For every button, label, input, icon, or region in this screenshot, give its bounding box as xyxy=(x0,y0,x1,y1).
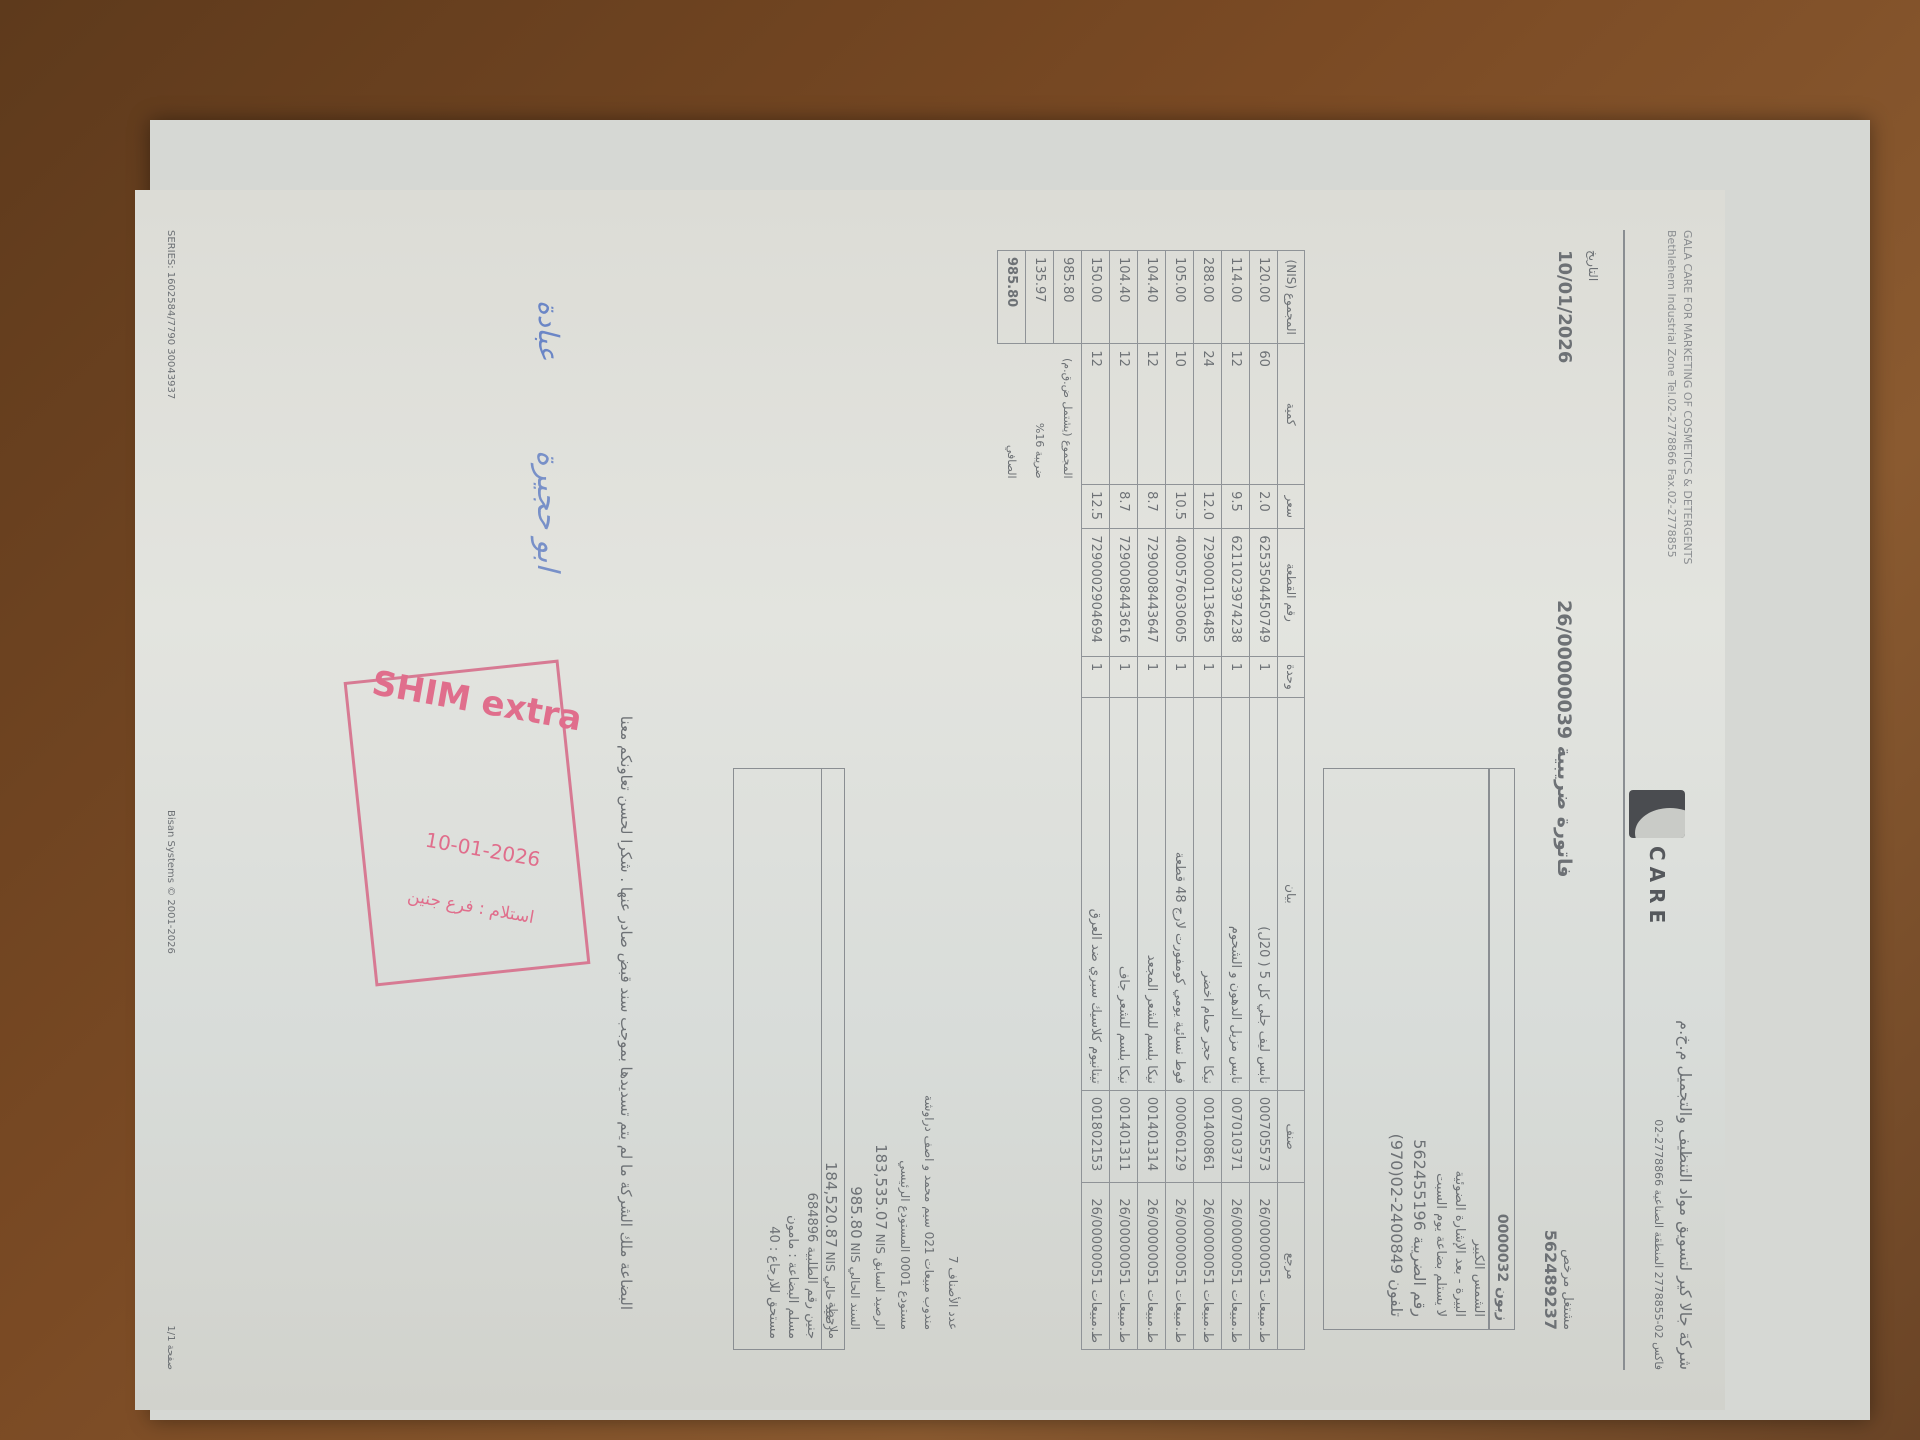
cell-code: 001401311 xyxy=(1110,1090,1138,1182)
customer-phone: تلفون (970)02-2400849 xyxy=(1385,769,1408,1329)
cell-desc: تيتانيوم كلاسيك سبري ضد العرق xyxy=(1082,697,1110,1090)
total-label: المجموع (يشتمل ض.ق.م) xyxy=(1054,344,1082,485)
cell-qty: 12 xyxy=(1138,344,1166,485)
cell-qty: 12 xyxy=(1222,344,1250,485)
col-total: المجموع (NIS) xyxy=(1278,251,1305,344)
cell-unit: 1 xyxy=(1194,656,1222,697)
stamp-brand: SHIM extra xyxy=(369,663,585,739)
items-count: عدد الأصناف 7 xyxy=(941,1095,965,1330)
customer-header: زبون 0000032 xyxy=(1488,769,1514,1329)
customer-code: 0000032 xyxy=(1494,1214,1510,1282)
table-row: ط.مبيعات 26/00000051001401311نيكا بلسم ل… xyxy=(1110,251,1138,1350)
col-price: سعر xyxy=(1278,485,1305,529)
balance-label: الرصيد السابق xyxy=(873,1258,887,1330)
invoice-number: 26/00000039 xyxy=(1553,600,1575,739)
cell-desc: نيكا بلسم للشعر جاف xyxy=(1110,697,1138,1090)
table-row: ط.مبيعات 26/00000051001802153تيتانيوم كل… xyxy=(1082,251,1110,1350)
table-row: ط.مبيعات 26/00000051001401314نيكا بلسم ل… xyxy=(1138,251,1166,1350)
received-stamp: SHIM extra 10-01-2026 استلام : فرع جنين xyxy=(344,660,591,987)
items-table: مرجع صنف بيان وحدة رقم القطعة سعر كمية ا… xyxy=(997,250,1305,1350)
cell-total: 105.00 xyxy=(1166,251,1194,344)
items-table-header: مرجع صنف بيان وحدة رقم القطعة سعر كمية ا… xyxy=(1278,251,1305,1350)
company-contact-ar: 02-2778866 فاكس 02-2778855 المنطقة الصنا… xyxy=(1652,1119,1665,1370)
invoice-header: شركة جالا كير لتسويق مواد التنظيف والتجم… xyxy=(1555,230,1705,1370)
total-spacer xyxy=(1026,485,1054,1350)
ownership-disclaimer: البضاعة ملك الشركة ما لم يتم تسديدها بمو… xyxy=(617,716,635,1310)
company-address-en: Bethlehem Industrial Zone Tel.02-2778866… xyxy=(1663,230,1679,565)
invoice-title: فاتورة ضريبية 26/00000039 xyxy=(1553,600,1575,878)
cell-code: 001401314 xyxy=(1138,1090,1166,1182)
warehouse: مستودع 0001 المستودع الرئيسي xyxy=(893,1095,917,1330)
salesman: مندوب مبيعات 021 سيم محمد و اصف دراوشة xyxy=(917,1095,941,1330)
cell-barcode: 6253504450749 xyxy=(1250,529,1278,656)
total-label: الصافي xyxy=(998,344,1026,485)
cell-ref: ط.مبيعات 26/00000051 xyxy=(1250,1183,1278,1350)
balance-label: السند الحالي xyxy=(848,1267,862,1330)
salesman-value: 021 سيم محمد و اصف دراوشة xyxy=(922,1095,936,1255)
invoice-date: 10/01/2026 xyxy=(1554,250,1575,363)
cell-barcode: 7290008443616 xyxy=(1110,529,1138,656)
cell-qty: 10 xyxy=(1166,344,1194,485)
customer-label: زبون xyxy=(1494,1287,1510,1321)
col-unit: وحدة xyxy=(1278,656,1305,697)
cell-total: 114.00 xyxy=(1222,251,1250,344)
cell-ref: ط.مبيعات 26/00000051 xyxy=(1110,1183,1138,1350)
cell-code: 000705573 xyxy=(1250,1090,1278,1182)
invoice-title-text: فاتورة ضريبية xyxy=(1553,746,1575,878)
logo-text: CARE xyxy=(1645,846,1669,929)
table-row: ط.مبيعات 26/00000051000705573نابس ليف جل… xyxy=(1250,251,1278,1350)
registered-dealer: مشتغل مرخص 562489237 xyxy=(1541,1230,1575,1330)
notes-line: مستحق للارجاع : 40 xyxy=(764,769,783,1349)
balance-value: 183,535.07 xyxy=(869,1110,893,1230)
cell-price: 10.5 xyxy=(1166,485,1194,529)
registered-number: 562489237 xyxy=(1541,1230,1560,1330)
stamp-date: 10-01-2026 xyxy=(424,828,543,872)
cell-total: 288.00 xyxy=(1194,251,1222,344)
date-label: التاريخ xyxy=(1586,250,1600,281)
header-divider xyxy=(1623,230,1625,1370)
warehouse-value: 0001 المستودع الرئيسي xyxy=(898,1160,912,1286)
customer-phone-label: تلفون xyxy=(1387,1279,1406,1317)
cell-qty: 12 xyxy=(1082,344,1110,485)
table-row: ط.مبيعات 26/00000051007010371نابس مزيل ا… xyxy=(1222,251,1250,1350)
balance-value: 985.80 xyxy=(844,1119,868,1239)
cell-qty: 24 xyxy=(1194,344,1222,485)
cell-price: 8.7 xyxy=(1110,485,1138,529)
cell-total: 120.00 xyxy=(1250,251,1278,344)
salesman-label: مندوب مبيعات xyxy=(922,1258,936,1330)
total-value: 985.80 xyxy=(998,251,1026,344)
total-spacer xyxy=(998,485,1026,1350)
cell-code: 001400861 xyxy=(1194,1090,1222,1182)
cell-ref: ط.مبيعات 26/00000051 xyxy=(1166,1183,1194,1350)
total-value: 985.80 xyxy=(1054,251,1082,344)
col-ref: مرجع xyxy=(1278,1183,1305,1350)
cell-total: 104.40 xyxy=(1110,251,1138,344)
cell-unit: 1 xyxy=(1250,656,1278,697)
footer-page: صفحة 1/1 xyxy=(165,1325,176,1370)
col-desc: بيان xyxy=(1278,697,1305,1090)
cell-total: 150.00 xyxy=(1082,251,1110,344)
notes-line: مسلم البضاعة : مامون xyxy=(783,769,802,1349)
col-code: صنف xyxy=(1278,1090,1305,1182)
cell-unit: 1 xyxy=(1222,656,1250,697)
total-label: ضريبة 16% xyxy=(1026,344,1054,485)
footer-serial: SERIES: 1602584/7790 30043937 xyxy=(165,230,176,399)
registered-label: مشتغل مرخص xyxy=(1560,1249,1575,1330)
company-logo: CARE xyxy=(1629,790,1685,929)
cell-unit: 1 xyxy=(1166,656,1194,697)
col-barcode: رقم القطعة xyxy=(1278,529,1305,656)
cell-code: 007010371 xyxy=(1222,1090,1250,1182)
customer-tax-label: رقم الضريبة xyxy=(1410,1236,1429,1317)
total-spacer xyxy=(1054,485,1082,1350)
cell-unit: 1 xyxy=(1138,656,1166,697)
cell-ref: ط.مبيعات 26/00000051 xyxy=(1222,1183,1250,1350)
total-row: الصافي985.80 xyxy=(998,251,1026,1350)
logo-mark-icon xyxy=(1629,790,1685,838)
cell-desc: فوط نسائية يومي كومفورت لارج 48 قطعة xyxy=(1166,697,1194,1090)
notes-box: ملاحظة جنين رقم الطلبية 684896 مسلم البض… xyxy=(733,768,845,1350)
signature-2: ابو حجيرة xyxy=(530,450,565,571)
cell-desc: نابس مزيل الدهون و الشحوم xyxy=(1222,697,1250,1090)
company-name-ar: شركة جالا كير لتسويق مواد التنظيف والتجم… xyxy=(1676,1020,1695,1370)
cell-ref: ط.مبيعات 26/00000051 xyxy=(1194,1183,1222,1350)
balance-currency: NIS xyxy=(873,1234,887,1254)
company-name-en: GALA CARE FOR MARKETING OF COSMETICS & D… xyxy=(1663,230,1695,565)
cell-unit: 1 xyxy=(1082,656,1110,697)
cell-unit: 1 xyxy=(1110,656,1138,697)
cell-code: 001802153 xyxy=(1082,1090,1110,1182)
footer-software: Bisan Systems © 2001-2026 xyxy=(165,810,176,954)
cell-price: 9.5 xyxy=(1222,485,1250,529)
cell-total: 104.40 xyxy=(1138,251,1166,344)
cell-qty: 12 xyxy=(1110,344,1138,485)
cell-desc: نابس ليف جلي كل 5 ( 20ل) xyxy=(1250,697,1278,1090)
items-count-value: 7 xyxy=(946,1256,960,1264)
cell-barcode: 7290001136485 xyxy=(1194,529,1222,656)
company-name-en-line: GALA CARE FOR MARKETING OF COSMETICS & D… xyxy=(1679,230,1695,565)
table-row: ط.مبيعات 26/00000051001400861نيكا حجر حم… xyxy=(1194,251,1222,1350)
total-row: المجموع (يشتمل ض.ق.م)985.80 xyxy=(1054,251,1082,1350)
cell-ref: ط.مبيعات 26/00000051 xyxy=(1138,1183,1166,1350)
stamp-received: استلام : فرع جنين xyxy=(406,886,536,928)
balance-line: السند الحالي NIS 985.80 xyxy=(843,1095,868,1330)
customer-note: لا يستلم بضاعة يوم السبت xyxy=(1431,769,1450,1329)
cell-desc: نيكا حجر حمام اخضر xyxy=(1194,697,1222,1090)
cell-barcode: 4000576030605 xyxy=(1166,529,1194,656)
table-row: ط.مبيعات 26/00000051000060129فوط نسائية … xyxy=(1166,251,1194,1350)
invoice-page: شركة جالا كير لتسويق مواد التنظيف والتجم… xyxy=(135,190,1725,1410)
customer-name: الشمس الكبير xyxy=(1469,769,1488,1329)
cell-barcode: 7290002904694 xyxy=(1082,529,1110,656)
cell-price: 12.5 xyxy=(1082,485,1110,529)
cell-price: 12.0 xyxy=(1194,485,1222,529)
items-count-label: عدد الأصناف xyxy=(946,1267,960,1330)
cell-desc: نيكا بلسم للشعر المجعد xyxy=(1138,697,1166,1090)
cell-ref: ط.مبيعات 26/00000051 xyxy=(1082,1183,1110,1350)
customer-tax: رقم الضريبة 562455196 xyxy=(1408,769,1431,1329)
total-row: ضريبة 16%135.97 xyxy=(1026,251,1054,1350)
signature: عبادة xyxy=(532,300,565,361)
customer-phone-number: (970)02-2400849 xyxy=(1387,1134,1406,1274)
cell-barcode: 6211023974238 xyxy=(1222,529,1250,656)
col-qty: كمية xyxy=(1278,344,1305,485)
photo-frame: شركة جالا كير لتسويق مواد التنظيف والتجم… xyxy=(125,190,1725,1420)
cell-price: 8.7 xyxy=(1138,485,1166,529)
customer-tax-number: 562455196 xyxy=(1410,1139,1429,1231)
notes-header: ملاحظة xyxy=(821,769,844,1349)
cell-code: 000060129 xyxy=(1166,1090,1194,1182)
balance-currency: NIS xyxy=(848,1243,862,1263)
cell-price: 2.0 xyxy=(1250,485,1278,529)
cell-barcode: 7290008443647 xyxy=(1138,529,1166,656)
customer-address: البيرة - بعد الإشارة الضوئية xyxy=(1450,769,1469,1329)
warehouse-label: مستودع xyxy=(898,1291,912,1330)
total-value: 135.97 xyxy=(1026,251,1054,344)
notes-line: جنين رقم الطلبية 684896 xyxy=(802,769,821,1349)
cell-qty: 60 xyxy=(1250,344,1278,485)
customer-box: زبون 0000032 الشمس الكبير البيرة - بعد ا… xyxy=(1323,768,1515,1330)
balance-line: الرصيد السابق NIS 183,535.07 xyxy=(868,1095,893,1330)
